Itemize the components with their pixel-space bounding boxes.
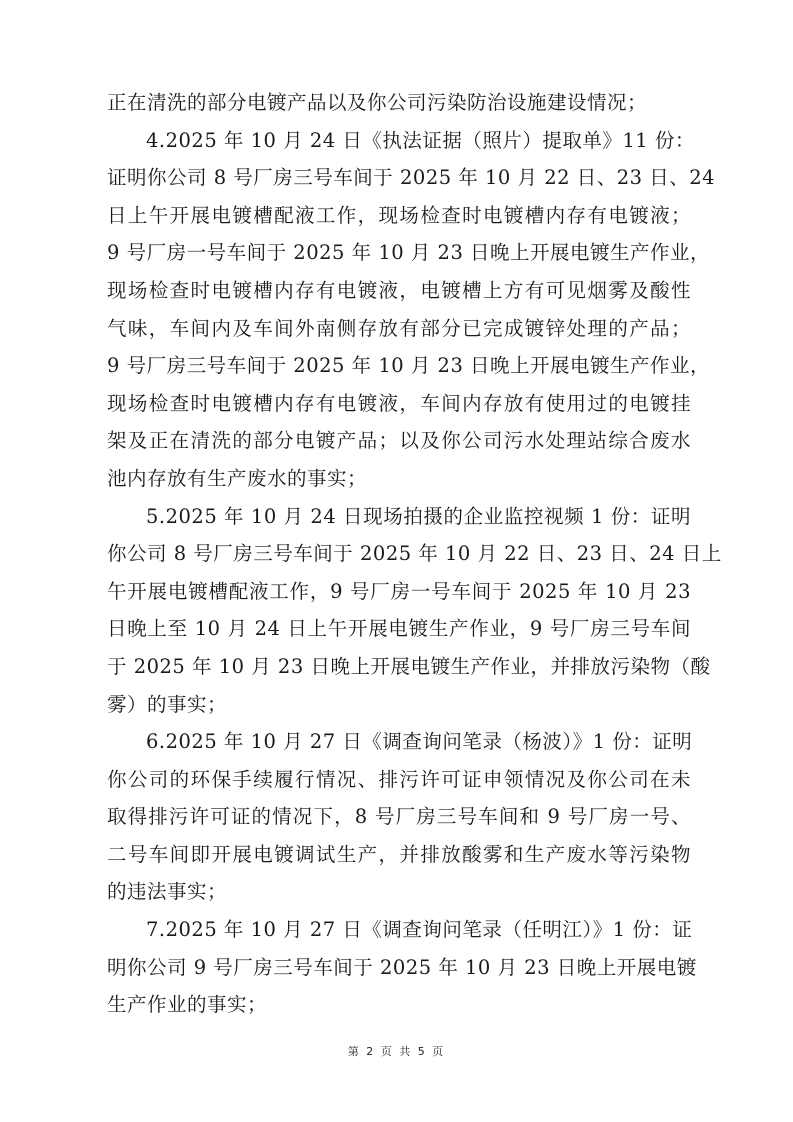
page-number-footer: 第 2 页 共 5 页 xyxy=(0,1043,793,1059)
text-line: 气味，车间内及车间外南侧存放有部分已完成镀锌处理的产品； xyxy=(107,310,691,348)
text-line: 你公司的环保手续履行情况、排污许可证申领情况及你公司在未 xyxy=(107,761,691,799)
text-line-item-4-start: 4.2025 年 10 月 24 日《执法证据（照片）提取单》11 份： xyxy=(107,122,691,160)
text-line: 取得排污许可证的情况下，8 号厂房三号车间和 9 号厂房一号、 xyxy=(107,798,691,836)
text-line: 生产作业的事实； xyxy=(107,986,691,1024)
text-line: 雾）的事实； xyxy=(107,686,691,724)
text-line: 证明你公司 8 号厂房三号车间于 2025 年 10 月 22 日、23 日、2… xyxy=(107,159,691,197)
text-line: 日晚上至 10 月 24 日上午开展电镀生产作业，9 号厂房三号车间 xyxy=(107,610,691,648)
text-line: 的违法事实； xyxy=(107,873,691,911)
text-line: 架及正在清洗的部分电镀产品；以及你公司污水处理站综合废水 xyxy=(107,422,691,460)
text-line-item-7-start: 7.2025 年 10 月 27 日《调查询问笔录（任明江）》1 份：证 xyxy=(107,911,691,949)
text-line: 正在清洗的部分电镀产品以及你公司污染防治设施建设情况； xyxy=(107,84,691,122)
text-line-item-6-start: 6.2025 年 10 月 27 日《调查询问笔录（杨波）》1 份：证明 xyxy=(107,723,691,761)
text-line: 于 2025 年 10 月 23 日晚上开展电镀生产作业，并排放污染物（酸 xyxy=(107,648,691,686)
text-line: 日上午开展电镀槽配液工作，现场检查时电镀槽内存有电镀液； xyxy=(107,197,691,235)
text-line: 明你公司 9 号厂房三号车间于 2025 年 10 月 23 日晚上开展电镀 xyxy=(107,949,691,987)
text-line: 池内存放有生产废水的事实； xyxy=(107,460,691,498)
document-page: 正在清洗的部分电镀产品以及你公司污染防治设施建设情况； 4.2025 年 10 … xyxy=(107,84,691,1024)
text-line: 现场检查时电镀槽内存有电镀液，车间内存放有使用过的电镀挂 xyxy=(107,385,691,423)
text-line: 二号车间即开展电镀调试生产，并排放酸雾和生产废水等污染物 xyxy=(107,836,691,874)
text-line-item-5-start: 5.2025 年 10 月 24 日现场拍摄的企业监控视频 1 份：证明 xyxy=(107,498,691,536)
text-line: 9 号厂房三号车间于 2025 年 10 月 23 日晚上开展电镀生产作业， xyxy=(107,347,691,385)
text-line: 现场检查时电镀槽内存有电镀液，电镀槽上方有可见烟雾及酸性 xyxy=(107,272,691,310)
text-line: 午开展电镀槽配液工作，9 号厂房一号车间于 2025 年 10 月 23 xyxy=(107,573,691,611)
text-line: 9 号厂房一号车间于 2025 年 10 月 23 日晚上开展电镀生产作业， xyxy=(107,234,691,272)
text-line: 你公司 8 号厂房三号车间于 2025 年 10 月 22 日、23 日、24 … xyxy=(107,535,691,573)
